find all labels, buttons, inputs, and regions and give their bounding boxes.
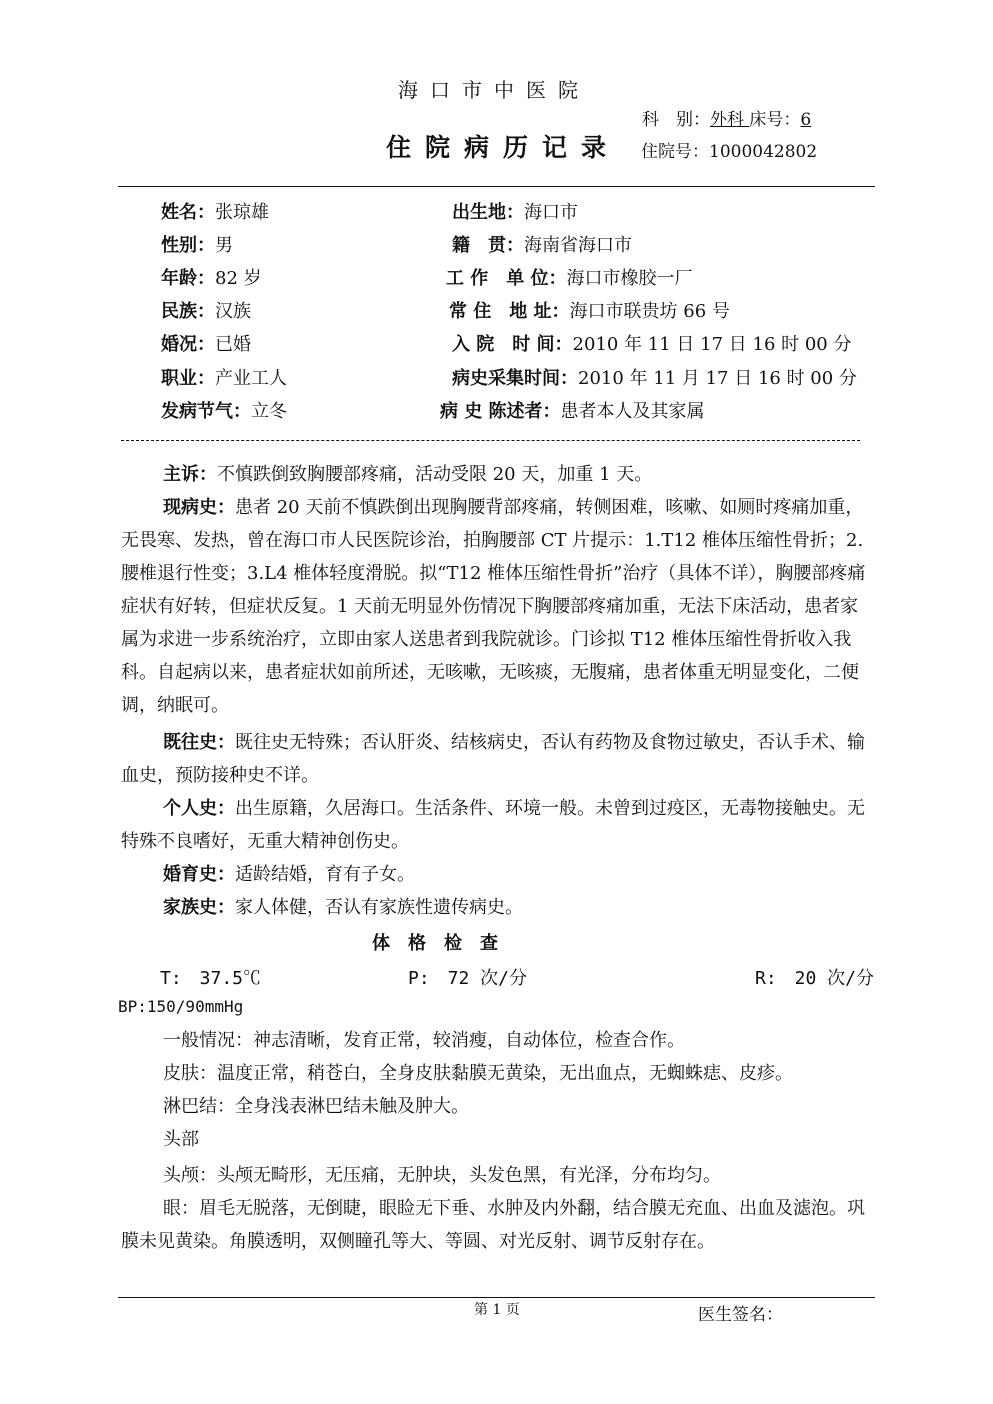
dept-value: 外科 — [710, 110, 749, 130]
exam-skull: 头颅：头颅无畸形，无压痛，无肿块，头发色黑，有光泽，分布均匀。 — [121, 1159, 871, 1192]
document-title: 住院病历记录 — [386, 128, 620, 164]
vital-temperature: T: 37.5℃ — [160, 964, 261, 990]
field-history-narrator: 病 史 陈述者：患者本人及其家属 — [440, 397, 705, 423]
field-address: 常 住 地 址：海口市联贵坊 66 号 — [449, 297, 730, 323]
admission-number-label: 住院号： — [641, 142, 709, 162]
dept-label: 科 别： — [642, 110, 710, 130]
marital-history: 婚育史：适龄结婚，育有子女。 — [121, 858, 871, 891]
field-age: 年龄：82 岁 — [161, 264, 262, 290]
exam-head-title: 头部 — [121, 1123, 871, 1156]
family-history: 家族史：家人体健，否认有家族性遗传病史。 — [121, 891, 871, 924]
dept-bed-line: 科 别：外科 床号：6 — [642, 105, 811, 130]
hospital-name: 海口市中医院 — [398, 74, 590, 103]
field-sex: 性别：男 — [161, 231, 233, 257]
field-marital: 婚况：已婚 — [161, 330, 251, 356]
field-birthplace: 出生地：海口市 — [452, 198, 578, 224]
field-occupation: 职业：产业工人 — [161, 364, 287, 390]
info-divider — [121, 440, 860, 441]
field-ethnicity: 民族：汉族 — [161, 297, 251, 323]
page-number: 第 1 页 — [474, 1299, 520, 1319]
field-name: 姓名：张琼雄 — [161, 198, 269, 224]
admission-number-line: 住院号：1000042802 — [641, 137, 817, 162]
exam-lymph: 淋巴结：全身浅表淋巴结未触及肿大。 — [121, 1090, 871, 1123]
field-admission-time: 入 院 时 间：2010 年 11 日 17 日 16 时 00 分 — [452, 330, 851, 356]
exam-title: 体 格 检 查 — [372, 929, 498, 955]
vital-blood-pressure: BP:150/90mmHg — [118, 997, 243, 1016]
field-native-place: 籍 贯：海南省海口市 — [452, 231, 632, 257]
footer-divider — [118, 1297, 875, 1298]
personal-history: 个人史：出生原籍，久居海口。生活条件、环境一般。未曾到过疫区，无毒物接触史。无特… — [121, 792, 871, 858]
past-history: 既往史：既往史无特殊；否认肝炎、结核病史，否认有药物及食物过敏史，否认手术、输血… — [121, 726, 871, 792]
vital-respiration: R: 20 次/分 — [755, 964, 874, 990]
field-workplace: 工 作 单 位：海口市橡胶一厂 — [446, 264, 693, 290]
exam-skin: 皮肤：温度正常，稍苍白，全身皮肤黏膜无黄染，无出血点，无蜘蛛痣、皮疹。 — [121, 1057, 871, 1090]
exam-general: 一般情况：神志清晰，发育正常，较消瘦，自动体位，检查合作。 — [121, 1024, 871, 1057]
admission-number-value: 1000042802 — [709, 142, 817, 162]
chief-complaint: 主诉：不慎跌倒致胸腰部疼痛，活动受限 20 天，加重 1 天。 — [121, 458, 871, 491]
bed-value: 6 — [800, 110, 811, 130]
bed-label: 床号： — [749, 110, 800, 130]
doctor-signature-label: 医生签名： — [698, 1300, 783, 1325]
field-history-taken-time: 病史采集时间：2010 年 11 月 17 日 16 时 00 分 — [452, 364, 857, 390]
present-illness: 现病史：患者 20 天前不慎跌倒出现胸腰背部疼痛，转侧困难，咳嗽、如厕时疼痛加重… — [121, 491, 871, 722]
header-divider — [118, 186, 875, 187]
vital-pulse: P: 72 次/分 — [408, 964, 527, 990]
field-solar-term: 发病节气：立冬 — [161, 397, 287, 423]
exam-eyes: 眼：眉毛无脱落，无倒睫，眼睑无下垂、水肿及内外翻，结合膜无充血、出血及滤泡。巩膜… — [121, 1192, 871, 1258]
